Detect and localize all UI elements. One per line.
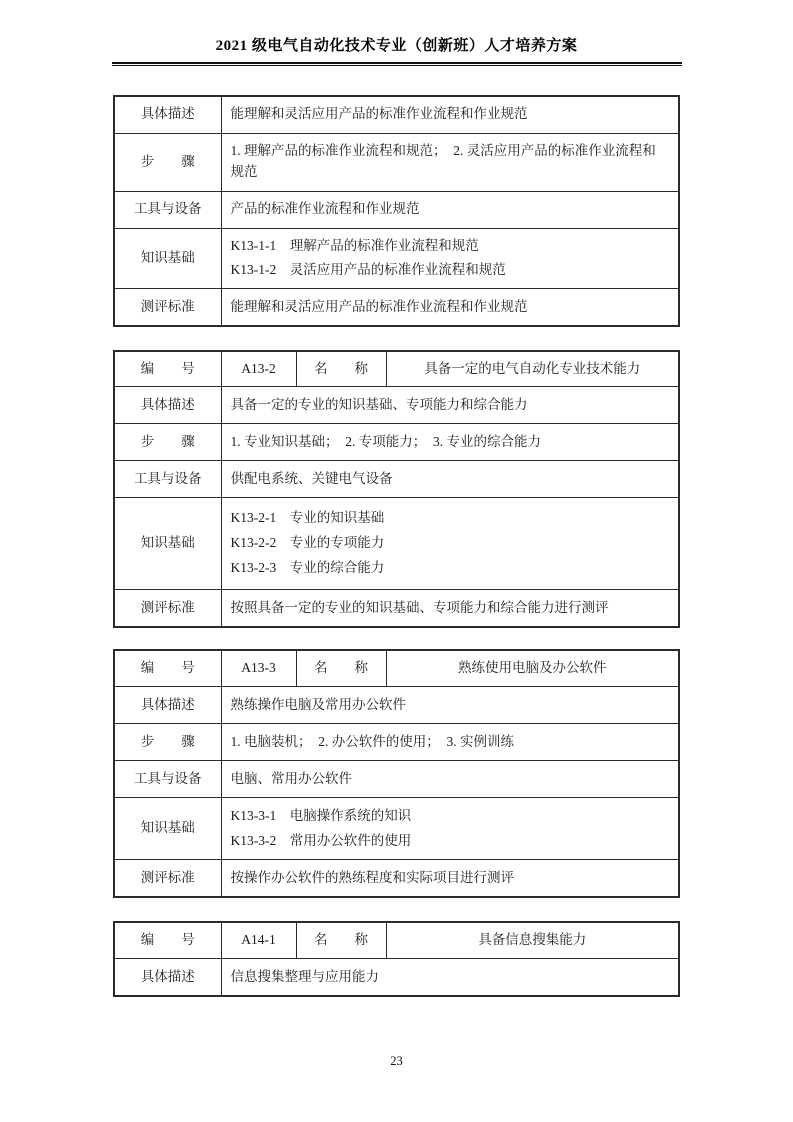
- row-steps: 步 骤 1. 理解产品的标准作业流程和规范； 2. 灵活应用产品的标准作业流程和…: [114, 133, 679, 191]
- steps-label: 步 骤: [114, 133, 221, 191]
- code-label: 编 号: [114, 650, 221, 687]
- knowledge-item: K13-1-2 灵活应用产品的标准作业流程和规范: [231, 258, 670, 283]
- knowledge-label: 知识基础: [114, 498, 221, 590]
- competency-table-a13-3: 编 号 A13-3 名 称 熟练使用电脑及办公软件 具体描述 熟练操作电脑及常用…: [113, 649, 680, 898]
- assessment-value: 按操作办公软件的熟练程度和实际项目进行测评: [221, 860, 679, 897]
- row-steps: 步 骤 1. 电脑装机； 2. 办公软件的使用； 3. 实例训练: [114, 724, 679, 761]
- tools-label: 工具与设备: [114, 191, 221, 228]
- assessment-label: 测评标准: [114, 860, 221, 897]
- competency-table-a13-1: 具体描述 能理解和灵活应用产品的标准作业流程和作业规范 步 骤 1. 理解产品的…: [113, 95, 680, 327]
- knowledge-item: K13-3-1 电脑操作系统的知识: [231, 804, 670, 829]
- knowledge-value: K13-2-1 专业的知识基础 K13-2-2 专业的专项能力 K13-2-3 …: [221, 498, 679, 590]
- knowledge-value: K13-1-1 理解产品的标准作业流程和规范 K13-1-2 灵活应用产品的标准…: [221, 228, 679, 289]
- code-label: 编 号: [114, 922, 221, 959]
- row-header: 编 号 A13-3 名 称 熟练使用电脑及办公软件: [114, 650, 679, 687]
- knowledge-item: K13-1-1 理解产品的标准作业流程和规范: [231, 234, 670, 259]
- name-label: 名 称: [296, 922, 386, 959]
- knowledge-item: K13-2-2 专业的专项能力: [231, 531, 670, 556]
- steps-value: 1. 专业知识基础； 2. 专项能力； 3. 专业的综合能力: [221, 424, 679, 461]
- code-value: A14-1: [221, 922, 296, 959]
- name-value: 具备一定的电气自动化专业技术能力: [386, 351, 679, 387]
- row-tools: 工具与设备 供配电系统、关键电气设备: [114, 461, 679, 498]
- tools-value: 产品的标准作业流程和作业规范: [221, 191, 679, 228]
- steps-label: 步 骤: [114, 724, 221, 761]
- row-assessment: 测评标准 能理解和灵活应用产品的标准作业流程和作业规范: [114, 289, 679, 326]
- assessment-value: 按照具备一定的专业的知识基础、专项能力和综合能力进行测评: [221, 590, 679, 627]
- competency-table-a13-2: 编 号 A13-2 名 称 具备一定的电气自动化专业技术能力 具体描述 具备一定…: [113, 350, 680, 628]
- row-description: 具体描述 具备一定的专业的知识基础、专项能力和综合能力: [114, 387, 679, 424]
- description-label: 具体描述: [114, 687, 221, 724]
- knowledge-label: 知识基础: [114, 798, 221, 860]
- assessment-value: 能理解和灵活应用产品的标准作业流程和作业规范: [221, 289, 679, 326]
- row-assessment: 测评标准 按操作办公软件的熟练程度和实际项目进行测评: [114, 860, 679, 897]
- knowledge-item: K13-2-1 专业的知识基础: [231, 506, 670, 531]
- steps-label: 步 骤: [114, 424, 221, 461]
- description-value: 能理解和灵活应用产品的标准作业流程和作业规范: [221, 96, 679, 133]
- name-value: 具备信息搜集能力: [386, 922, 679, 959]
- code-value: A13-2: [221, 351, 296, 387]
- header-double-rule: [112, 62, 682, 66]
- document-title: 2021 级电气自动化技术专业（创新班）人才培养方案: [0, 0, 793, 55]
- code-value: A13-3: [221, 650, 296, 687]
- steps-value: 1. 电脑装机； 2. 办公软件的使用； 3. 实例训练: [221, 724, 679, 761]
- description-label: 具体描述: [114, 96, 221, 133]
- tools-value: 供配电系统、关键电气设备: [221, 461, 679, 498]
- description-value: 具备一定的专业的知识基础、专项能力和综合能力: [221, 387, 679, 424]
- row-description: 具体描述 信息搜集整理与应用能力: [114, 959, 679, 996]
- tools-label: 工具与设备: [114, 761, 221, 798]
- knowledge-item: K13-2-3 专业的综合能力: [231, 556, 670, 581]
- row-tools: 工具与设备 产品的标准作业流程和作业规范: [114, 191, 679, 228]
- code-label: 编 号: [114, 351, 221, 387]
- row-assessment: 测评标准 按照具备一定的专业的知识基础、专项能力和综合能力进行测评: [114, 590, 679, 627]
- knowledge-item: K13-3-2 常用办公软件的使用: [231, 829, 670, 854]
- row-tools: 工具与设备 电脑、常用办公软件: [114, 761, 679, 798]
- row-knowledge: 知识基础 K13-2-1 专业的知识基础 K13-2-2 专业的专项能力 K13…: [114, 498, 679, 590]
- row-header: 编 号 A14-1 名 称 具备信息搜集能力: [114, 922, 679, 959]
- knowledge-label: 知识基础: [114, 228, 221, 289]
- row-header: 编 号 A13-2 名 称 具备一定的电气自动化专业技术能力: [114, 351, 679, 387]
- name-label: 名 称: [296, 650, 386, 687]
- row-steps: 步 骤 1. 专业知识基础； 2. 专项能力； 3. 专业的综合能力: [114, 424, 679, 461]
- assessment-label: 测评标准: [114, 590, 221, 627]
- description-label: 具体描述: [114, 387, 221, 424]
- description-value: 信息搜集整理与应用能力: [221, 959, 679, 996]
- name-label: 名 称: [296, 351, 386, 387]
- assessment-label: 测评标准: [114, 289, 221, 326]
- page-number: 23: [0, 1054, 793, 1069]
- tools-label: 工具与设备: [114, 461, 221, 498]
- description-label: 具体描述: [114, 959, 221, 996]
- tools-value: 电脑、常用办公软件: [221, 761, 679, 798]
- steps-value: 1. 理解产品的标准作业流程和规范； 2. 灵活应用产品的标准作业流程和规范: [221, 133, 679, 191]
- row-description: 具体描述 能理解和灵活应用产品的标准作业流程和作业规范: [114, 96, 679, 133]
- name-value: 熟练使用电脑及办公软件: [386, 650, 679, 687]
- row-knowledge: 知识基础 K13-3-1 电脑操作系统的知识 K13-3-2 常用办公软件的使用: [114, 798, 679, 860]
- competency-table-a14-1: 编 号 A14-1 名 称 具备信息搜集能力 具体描述 信息搜集整理与应用能力: [113, 921, 680, 997]
- knowledge-value: K13-3-1 电脑操作系统的知识 K13-3-2 常用办公软件的使用: [221, 798, 679, 860]
- row-description: 具体描述 熟练操作电脑及常用办公软件: [114, 687, 679, 724]
- row-knowledge: 知识基础 K13-1-1 理解产品的标准作业流程和规范 K13-1-2 灵活应用…: [114, 228, 679, 289]
- description-value: 熟练操作电脑及常用办公软件: [221, 687, 679, 724]
